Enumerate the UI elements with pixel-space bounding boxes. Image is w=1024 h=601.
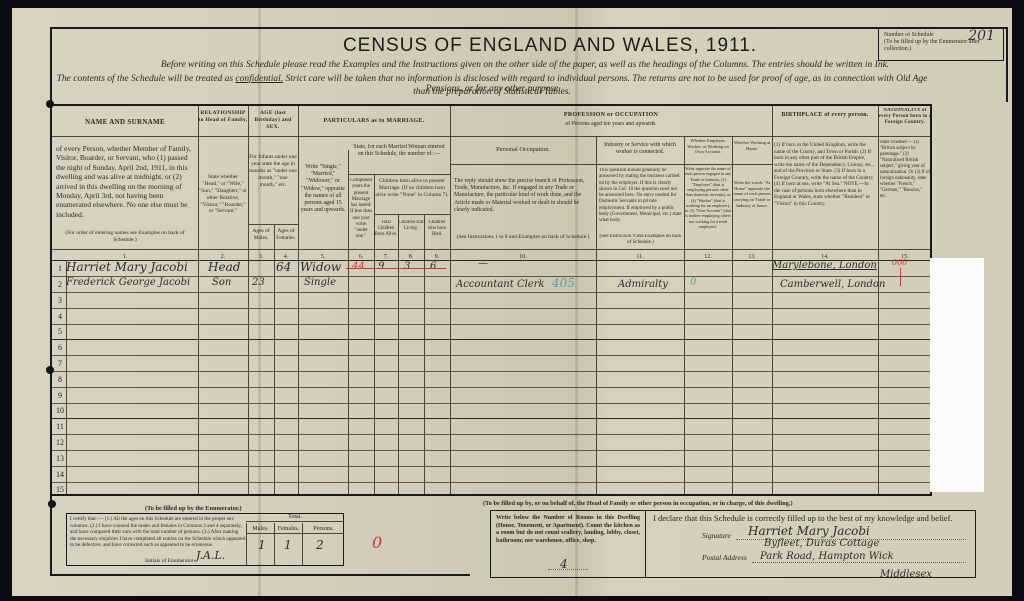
entry-1-age-female: 64 [276,260,291,274]
males-total: 1 [258,538,266,552]
address-line-2: Park Road, Hampton Wick [760,551,894,562]
entry-1-name: Harriet Mary Jacobi [66,260,188,274]
schedule-number: 201 [968,28,995,45]
entry-1-children-died: 6 [430,261,436,272]
red-zero-mark: 0 [372,533,382,552]
header-line [198,136,248,137]
col-divider [772,106,773,494]
total-label: Total. [246,513,344,522]
header-industry-desc: This question should generally be answer… [599,168,682,224]
enumerator-initials: J.A.L. [196,549,225,562]
header-name: NAME AND SURNAME [52,118,198,127]
signature: Harriet Mary Jacobi [748,524,870,538]
header-children-total: Total Children Born Alive. [374,220,398,238]
punch-hole [46,100,54,108]
header-personal-occupation-note: (See Instructions 1 to 8 and Examples on… [454,234,592,241]
row-line [52,324,932,325]
header-name-desc: of every Person, whether Member of Famil… [56,144,194,219]
entry-1-years-married: 44 [352,261,365,272]
header-relationship: RELATIONSHIP to Head of Family. [198,110,248,124]
row-number: 10 [55,406,65,415]
row-line [52,308,932,309]
header-birthplace-desc: (1) If born in the United Kingdom, write… [774,142,876,207]
header-age-females: Ages of Females. [274,228,298,242]
header-at-home: Whether Working at Home. [732,140,772,151]
postal-address-label: Postal Address [702,553,747,562]
row-number: 14 [55,470,65,479]
enumerator-caption: (To be filled up by the Enumerator.) [145,505,242,512]
row-number: 7 [55,359,65,368]
header-married-woman: State, for each Married Woman entered on… [350,144,448,158]
header-employer: Whether Employer, Worker, or Working on … [684,138,732,155]
entry-1-relationship: Head [208,260,240,274]
persons-label: Persons. [313,526,333,532]
header-industry-note: (See Instruction 9 and Examples on back … [599,234,682,247]
header-children: Children born alive to present Marriage.… [375,178,449,199]
header-line [772,136,932,137]
row-number: 11 [55,422,65,431]
row-line [52,403,932,404]
header-line [248,136,298,137]
instruction-line: Before writing on this Schedule please r… [150,60,900,70]
header-children-died: Children who have Died. [424,220,450,238]
entry-2-birthplace: Camberwell, London [780,279,885,290]
header-occupation-sub: of Persons aged ten years and upwards. [450,121,772,128]
header-age-males: Ages of Males. [248,228,274,242]
entry-1-marriage: Widow [300,260,341,274]
confidential-notice-line2: than the preparation of Statistical Tabl… [52,87,932,97]
row-line [52,387,932,388]
header-line [52,249,932,250]
col-divider [298,106,299,494]
row-line [52,466,932,467]
females-total: 1 [284,538,292,552]
header-line [374,214,450,215]
entry-2-occupation: Accountant Clerk [456,279,545,290]
form-title: CENSUS OF ENGLAND AND WALES, 1911. [300,35,800,57]
punch-hole [46,366,54,374]
header-name-note: (For order of entering names see Example… [56,230,194,244]
persons-total: 2 [316,538,324,552]
row-line [52,339,932,340]
row-line [52,418,932,419]
entry-2-relationship: Son [212,277,231,288]
col-divider [878,106,879,494]
males-label: Males. [252,526,268,532]
signature-label: Signature [702,531,731,540]
row-line [52,434,932,435]
header-personal-occupation: Personal Occupation. [450,146,596,154]
females-label: Females. [278,526,300,532]
header-age-desc: For Infants under one year state the age… [249,154,297,188]
header-industry: Industry or Service with which worker is… [598,142,682,156]
address-line-1: Byfleet, Duras Cottage [764,538,879,549]
entry-1-occupation: — [478,258,488,269]
red-tick-mark [900,268,901,286]
row-number: 9 [55,391,65,400]
row-number: 3 [55,296,65,305]
header-line [298,136,450,137]
initials-label: Initials of Enumerator [145,558,194,564]
row-number: 4 [55,312,65,321]
totals-subline [246,533,344,534]
entry-1-birthplace: Marylebone, London [772,260,877,271]
row-number: 1 [55,264,65,273]
rooms-line [548,569,588,570]
header-age: AGE (last Birthday) and SEX. [248,110,298,131]
header-children-living: Children still Living. [398,220,424,232]
header-at-home-desc: Write the words "At Home" opposite the n… [733,180,771,208]
row-line [52,482,932,483]
address-line-3: Middlesex [880,569,932,580]
entry-1-children-total: 9 [378,261,384,272]
confidential-word: confidential. [235,74,283,84]
header-relationship-desc: State whether "Head," or "Wife," "Son," … [199,174,247,215]
col-divider [596,136,597,494]
header-line [450,136,772,137]
entry-2-name: Frederick George Jacobi [66,277,190,288]
row-number: 13 [55,454,65,463]
enumerator-certify-text: I certify that :— (1.) All the ages on t… [70,516,246,549]
entry-2-occupation-code: 405 [552,276,575,290]
header-personal-occupation-desc: The reply should show the precise branch… [454,178,592,214]
row-line [52,292,932,293]
row-number: 15 [55,485,65,494]
header-line [450,164,772,165]
entry-2-industry: Admiralty [618,279,668,290]
row-number: 2 [55,280,65,289]
census-table: NAME AND SURNAME of every Person, whethe… [50,104,930,496]
redacted-infirmity-column [930,258,984,492]
header-marriage-desc: Write "Single," "Married," "Widower," or… [300,164,346,215]
header-nationality: NATIONALITY of every Person born in a Fo… [878,108,932,126]
declaration-text: I declare that this Schedule is correctl… [653,513,953,523]
entry-2-marriage: Single [304,277,336,288]
occupier-caption: (To be filled up by, or on behalf of, th… [483,500,793,507]
header-years-married: Completed years the present Marriage has… [349,178,373,241]
header-marriage: PARTICULARS as to MARRIAGE. [298,118,450,126]
row-number-divider [66,260,67,494]
entry-1-nationality-mark: 000 [892,258,907,267]
header-line [348,174,450,175]
header-nationality-desc: State whether:— (1) "British subject by … [880,140,930,200]
row-number: 5 [55,327,65,336]
red-strike-line [346,268,446,269]
rooms-box: Write below the Number of Rooms in this … [490,510,646,578]
header-occupation: PROFESSION or OCCUPATION [450,112,772,120]
col-divider [198,106,199,494]
row-number: 6 [55,343,65,352]
row-number: 12 [55,438,65,447]
totals-header: Total. [246,513,344,522]
entry-1-children-living: 3 [404,261,410,272]
header-employer-desc: Write opposite the name of each person e… [684,166,732,229]
header-line [248,224,298,225]
entry-2-age-male: 23 [252,277,265,288]
header-line [52,136,198,137]
header-birthplace: BIRTHPLACE of every person. [772,112,878,119]
address-line [752,562,966,563]
row-line [52,355,932,356]
schedule-number-box: Number of Schedule (To be filled up by t… [878,27,1004,61]
entry-2-industry-code: 0 [690,277,696,288]
row-number: 8 [55,375,65,384]
row-line [52,450,932,451]
row-line [52,371,932,372]
rooms-text: Write below the Number of Rooms in this … [496,515,640,545]
col-divider [274,224,275,494]
confidential-pre: The contents of the Schedule will be tre… [57,74,236,84]
